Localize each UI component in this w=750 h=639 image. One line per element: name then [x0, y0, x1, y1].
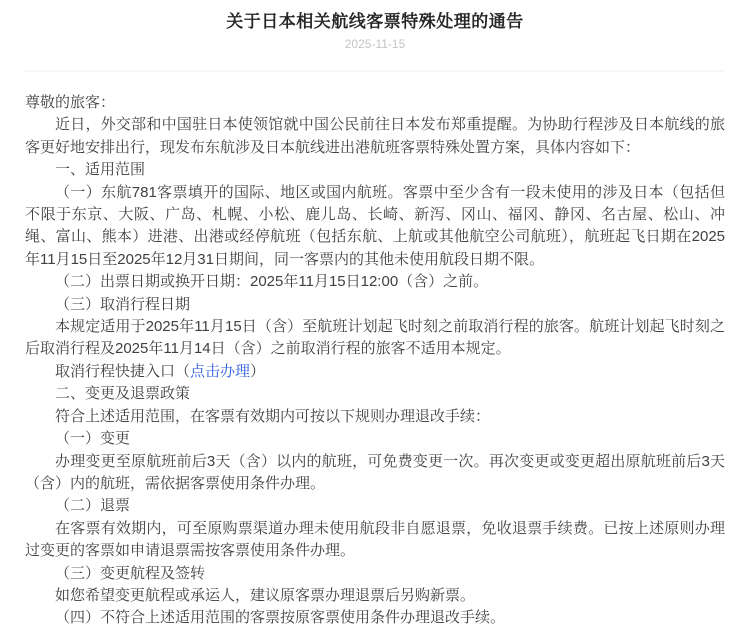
scope-item-1: （一）东航781客票填开的国际、地区或国内航班。客票中至少含有一段未使用的涉及日… — [25, 182, 725, 272]
cancel-date-rule: 本规定适用于2025年11月15日（含）至航班计划起飞时刻之前取消行程的旅客。航… — [25, 316, 725, 361]
intro-paragraph: 近日，外交部和中国驻日本使领馆就中国公民前往日本发布郑重提醒。为协助行程涉及日本… — [25, 114, 725, 159]
cancel-entry-link[interactable]: 点击办理 — [190, 363, 250, 380]
scope-item-3-heading: （三）取消行程日期 — [25, 294, 725, 316]
change-rule: 办理变更至原航班前后3天（含）以内的航班，可免费变更一次。再次变更或变更超出原航… — [25, 451, 725, 496]
section-2-heading: 二、变更及退票政策 — [25, 383, 725, 405]
greeting-line: 尊敬的旅客： — [25, 92, 725, 114]
cancel-entry-line: 取消行程快捷入口（点击办理） — [25, 361, 725, 383]
notice-body: 尊敬的旅客： 近日，外交部和中国驻日本使领馆就中国公民前往日本发布郑重提醒。为协… — [25, 92, 725, 630]
cancel-entry-suffix: ） — [250, 363, 265, 380]
page-title: 关于日本相关航线客票特殊处理的通告 — [0, 0, 750, 32]
policy-intro: 符合上述适用范围，在客票有效期内可按以下规则办理退改手续： — [25, 406, 725, 428]
publish-date: 2025-11-15 — [0, 37, 750, 51]
notice-page: 关于日本相关航线客票特殊处理的通告 2025-11-15 尊敬的旅客： 近日，外… — [0, 0, 750, 639]
other-tickets-rule: （四）不符合上述适用范围的客票按原客票使用条件办理退改手续。 — [25, 607, 725, 629]
header-divider — [25, 70, 725, 72]
cancel-entry-prefix: 取消行程快捷入口（ — [55, 363, 190, 380]
section-1-heading: 一、适用范围 — [25, 159, 725, 181]
reroute-heading: （三）变更航程及签转 — [25, 563, 725, 585]
refund-heading: （二）退票 — [25, 495, 725, 517]
refund-rule: 在客票有效期内，可至原购票渠道办理未使用航段非自愿退票，免收退票手续费。已按上述… — [25, 518, 725, 563]
reroute-rule: 如您希望变更航程或承运人，建议原客票办理退票后另购新票。 — [25, 585, 725, 607]
scope-item-2: （二）出票日期或换开日期：2025年11月15日12:00（含）之前。 — [25, 271, 725, 293]
change-heading: （一）变更 — [25, 428, 725, 450]
